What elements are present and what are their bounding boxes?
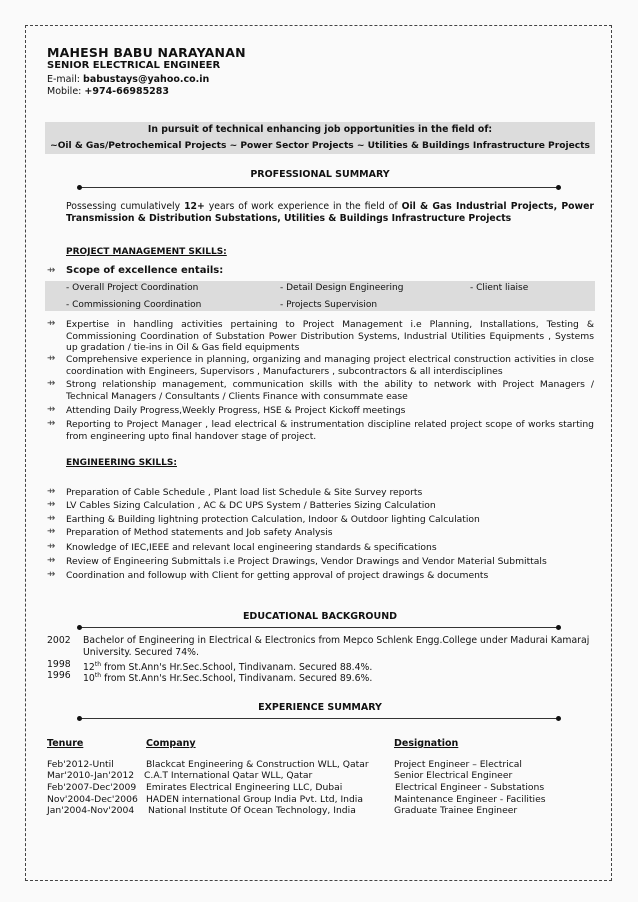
bullet-arrow-icon: ⇸: [47, 378, 55, 389]
email-value[interactable]: babustays@yahoo.co.in: [83, 74, 209, 85]
experience-company: C.A.T International Qatar WLL, Qatar: [144, 770, 312, 781]
column-header-designation: Designation: [394, 738, 458, 749]
section-divider: [79, 718, 559, 719]
experience-tenure: Nov'2004-Dec'2006: [47, 794, 138, 805]
eng-bullet: Coordination and followup with Client fo…: [66, 570, 488, 581]
email-line: E-mail: babustays@yahoo.co.in: [47, 74, 209, 85]
edu-year: 1996: [47, 670, 71, 681]
bullet-arrow-icon: ⇸: [47, 353, 55, 364]
scope-item: - Overall Project Coordination: [66, 283, 198, 293]
column-header-tenure: Tenure: [47, 738, 83, 749]
experience-company: National Institute Of Ocean Technology, …: [148, 805, 356, 816]
edu-year: 1998: [47, 659, 71, 670]
bullet-arrow-icon: ⇸: [47, 526, 55, 537]
bullet-arrow-icon: ⇸: [47, 418, 55, 429]
scope-item: - Client liaise: [470, 283, 528, 293]
bullet-arrow-icon: ⇸: [47, 555, 55, 566]
bullet-arrow-icon: ⇸: [47, 318, 55, 329]
candidate-name: MAHESH BABU NARAYANAN: [47, 45, 246, 60]
education-heading: EDUCATIONAL BACKGROUND: [45, 611, 595, 622]
scope-item: - Projects Supervision: [280, 300, 377, 310]
column-header-company: Company: [146, 738, 196, 749]
experience-tenure: Feb'2007-Dec'2009: [47, 782, 136, 793]
experience-tenure: Feb'2012-Until: [47, 759, 114, 770]
mobile-line: Mobile: +974-66985283: [47, 86, 169, 97]
pm-bullet: Expertise in handling activities pertain…: [66, 319, 594, 354]
candidate-title: SENIOR ELECTRICAL ENGINEER: [47, 60, 220, 71]
bullet-arrow-icon: ⇸: [47, 499, 55, 510]
section-divider: [79, 627, 559, 628]
eng-bullet: Earthing & Building lightning protection…: [66, 514, 480, 525]
experience-company: Emirates Electrical Engineering LLC, Dub…: [146, 782, 342, 793]
experience-company: HADEN international Group India Pvt. Ltd…: [146, 794, 363, 805]
objective-line-1: In pursuit of technical enhancing job op…: [45, 124, 595, 135]
bullet-arrow-icon: ⇸: [47, 569, 55, 580]
eng-bullet: Review of Engineering Submittals i.e Pro…: [66, 556, 547, 567]
experience-designation: Senior Electrical Engineer: [394, 770, 512, 781]
eng-bullet: Knowledge of IEC,IEEE and relevant local…: [66, 542, 437, 553]
pm-bullet: Comprehensive experience in planning, or…: [66, 354, 594, 377]
scope-title: Scope of excellence entails:: [66, 265, 223, 276]
edu-year: 2002: [47, 635, 71, 646]
bullet-arrow-icon: ⇸: [47, 486, 55, 497]
experience-tenure: Mar'2010-Jan'2012: [47, 770, 134, 781]
eng-bullet: LV Cables Sizing Calculation , AC & DC U…: [66, 500, 436, 511]
project-management-heading: PROJECT MANAGEMENT SKILLS:: [66, 247, 227, 257]
pm-bullet: Reporting to Project Manager , lead elec…: [66, 419, 594, 442]
mobile-value: +974-66985283: [84, 86, 169, 97]
pm-bullet: Attending Daily Progress,Weekly Progress…: [66, 405, 594, 417]
experience-designation: Electrical Engineer - Substations: [395, 782, 544, 793]
bullet-arrow-icon: ⇸: [47, 265, 55, 276]
section-divider: [79, 187, 559, 188]
email-label: E-mail:: [47, 74, 83, 85]
experience-tenure: Jan'2004-Nov'2004: [47, 805, 134, 816]
summary-text: Possessing cumulatively 12+ years of wor…: [66, 201, 594, 225]
scope-item: - Detail Design Engineering: [280, 283, 403, 293]
eng-bullet: Preparation of Method statements and Job…: [66, 527, 333, 538]
eng-bullet: Preparation of Cable Schedule , Plant lo…: [66, 487, 422, 498]
bullet-arrow-icon: ⇸: [47, 513, 55, 524]
experience-designation: Maintenance Engineer - Facilities: [394, 794, 546, 805]
pm-bullet: Strong relationship management, communic…: [66, 379, 594, 402]
bullet-arrow-icon: ⇸: [47, 404, 55, 415]
experience-company: Blackcat Engineering & Construction WLL,…: [146, 759, 369, 770]
mobile-label: Mobile:: [47, 86, 84, 97]
bullet-arrow-icon: ⇸: [47, 541, 55, 552]
professional-summary-heading: PROFESSIONAL SUMMARY: [45, 169, 595, 180]
experience-designation: Graduate Trainee Engineer: [394, 805, 517, 816]
engineering-skills-heading: ENGINEERING SKILLS:: [66, 458, 177, 468]
edu-text: 10th from St.Ann's Hr.Sec.School, Tindiv…: [83, 670, 593, 685]
experience-heading: EXPERIENCE SUMMARY: [45, 702, 595, 713]
scope-item: - Commissioning Coordination: [66, 300, 201, 310]
objective-line-2: ~Oil & Gas/Petrochemical Projects ~ Powe…: [45, 141, 595, 151]
edu-text: Bachelor of Engineering in Electrical & …: [83, 635, 593, 659]
experience-designation: Project Engineer – Electrical: [394, 759, 522, 770]
